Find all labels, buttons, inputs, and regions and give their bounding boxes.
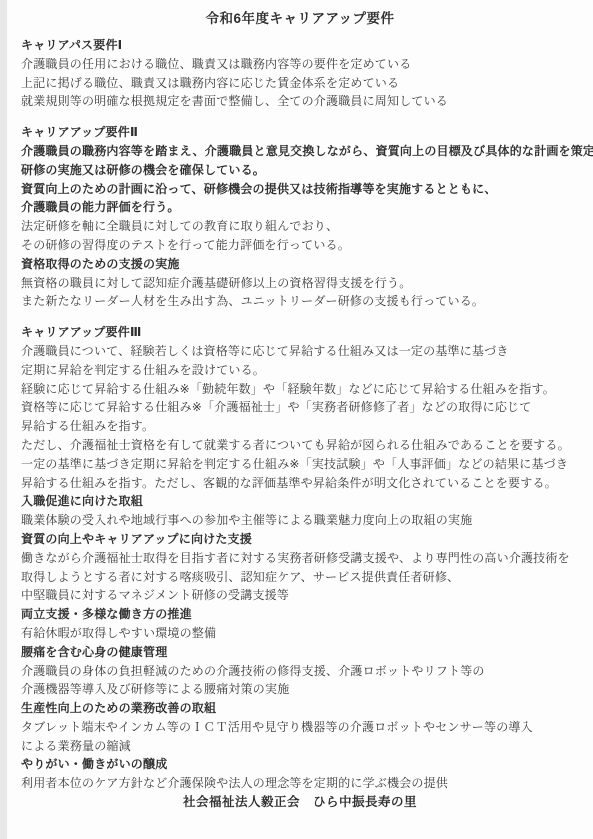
text-line: 昇給する仕組みを指す。ただし、客観的な評価基準や昇給条件が明文化されていることを… — [21, 474, 579, 493]
text-line: 資格等に応じて昇給する仕組み※「介護福祉士」や「実務者研修修了者」などの取得に応… — [21, 398, 579, 417]
section-heading: キャリアアップ要件Ⅱ — [21, 123, 579, 142]
text-line: 一定の基準に基づき定期に昇給を判定する仕組み※「実技試験」や「人事評価」などの結… — [21, 455, 579, 474]
text-line: 介護機器等導入及び研修等による腰痛対策の実施 — [21, 680, 579, 699]
section-heading: キャリアアップ要件Ⅲ — [21, 323, 579, 342]
text-line: による業務量の縮減 — [21, 737, 579, 756]
text-line: 介護職員の能力評価を行う。 — [21, 198, 579, 217]
text-line: 定期に昇給を判定する仕組みを設けている。 — [21, 361, 579, 380]
text-line: タブレット端末やインカム等のＩＣＴ活用や見守り機器等の介護ロボットやセンサー等の… — [21, 718, 579, 737]
text-line: 研修の実施又は研修の機会を確保している。 — [21, 161, 579, 180]
section-heading: 入職促進に向けた取組 — [21, 492, 579, 511]
text-line: また新たなリーダー人材を生み出す為、ユニットリーダー研修の支援も行っている。 — [21, 292, 579, 311]
text-line: 中堅職員に対するマネジメント研修の受講支援等 — [21, 586, 579, 605]
document-title: 令和6年度キャリアアップ要件 — [21, 9, 579, 29]
text-line: 無資格の職員に対して認知症介護基礎研修以上の資格習得支援を行う。 — [21, 274, 579, 293]
text-line: 働きながら介護福祉士取得を目指す者に対する実務者研修受講支援や、より専門性の高い… — [21, 549, 579, 568]
document-body: キャリアパス要件Ⅰ介護職員の任用における職位、職責又は職務内容等の要件を定めてい… — [21, 36, 579, 793]
section-heading: やりがい・働きがいの醸成 — [21, 755, 579, 774]
section-heading: 資格取得のための支援の実施 — [21, 255, 579, 274]
text-line: 介護職員の任用における職位、職責又は職務内容等の要件を定めている — [21, 55, 579, 74]
section-heading: キャリアパス要件Ⅰ — [21, 36, 579, 55]
text-line: 経験に応じて昇給する仕組み※「勤続年数」や「経験年数」などに応じて昇給する仕組み… — [21, 380, 579, 399]
text-line: 法定研修を軸に全職員に対しての教育に取り組んでおり、 — [21, 217, 579, 236]
text-line: 利用者本位のケア方針など介護保険や法人の理念等を定期的に学ぶ機会の提供 — [21, 774, 579, 793]
text-line: 昇給する仕組みを指す。 — [21, 417, 579, 436]
section-heading: 資質の向上やキャリアアップに向けた支援 — [21, 530, 579, 549]
text-line: その研修の習得度のテストを行って能力評価を行っている。 — [21, 236, 579, 255]
text-line: 介護職員について、経験若しくは資格等に応じて昇給する仕組み又は一定の基準に基づき — [21, 342, 579, 361]
document-footer: 社会福祉法人毅正会 ひら中振長寿の里 — [21, 793, 579, 812]
text-line: 上記に掲げる職位、職責又は職務内容に応じた賃金体系を定めている — [21, 74, 579, 93]
section-heading: 両立支援・多様な働き方の推進 — [21, 605, 579, 624]
text-line: 介護職員の職務内容等を踏まえ、介護職員と意見交換しながら、資質向上の目標及び具体… — [21, 142, 579, 161]
document-page: 令和6年度キャリアアップ要件 キャリアパス要件Ⅰ介護職員の任用における職位、職責… — [7, 0, 593, 839]
section-heading: 生産性向上のための業務改善の取組 — [21, 699, 579, 718]
text-line: 就業規則等の明確な根拠規定を書面で整備し、全ての介護職員に周知している — [21, 92, 579, 111]
text-line: 介護職員の身体の負担軽減のための介護技術の修得支援、介護ロボットやリフト等の — [21, 662, 579, 681]
text-line: 有給休暇が取得しやすい環境の整備 — [21, 624, 579, 643]
text-line: 取得しようとする者に対する喀痰吸引、認知症ケア、サービス提供責任者研修、 — [21, 568, 579, 587]
section-heading: 腰痛を含む心身の健康管理 — [21, 643, 579, 662]
text-line: 資質向上のための計画に沿って、研修機会の提供又は技術指導等を実施するとともに、 — [21, 180, 579, 199]
text-line: 職業体験の受入れや地域行事への参加や主催等による職業魅力度向上の取組の実施 — [21, 511, 579, 530]
scan-edge-shadow — [0, 0, 7, 839]
text-line: ただし、介護福祉士資格を有して就業する者についても昇給が図られる仕組みであること… — [21, 436, 579, 455]
